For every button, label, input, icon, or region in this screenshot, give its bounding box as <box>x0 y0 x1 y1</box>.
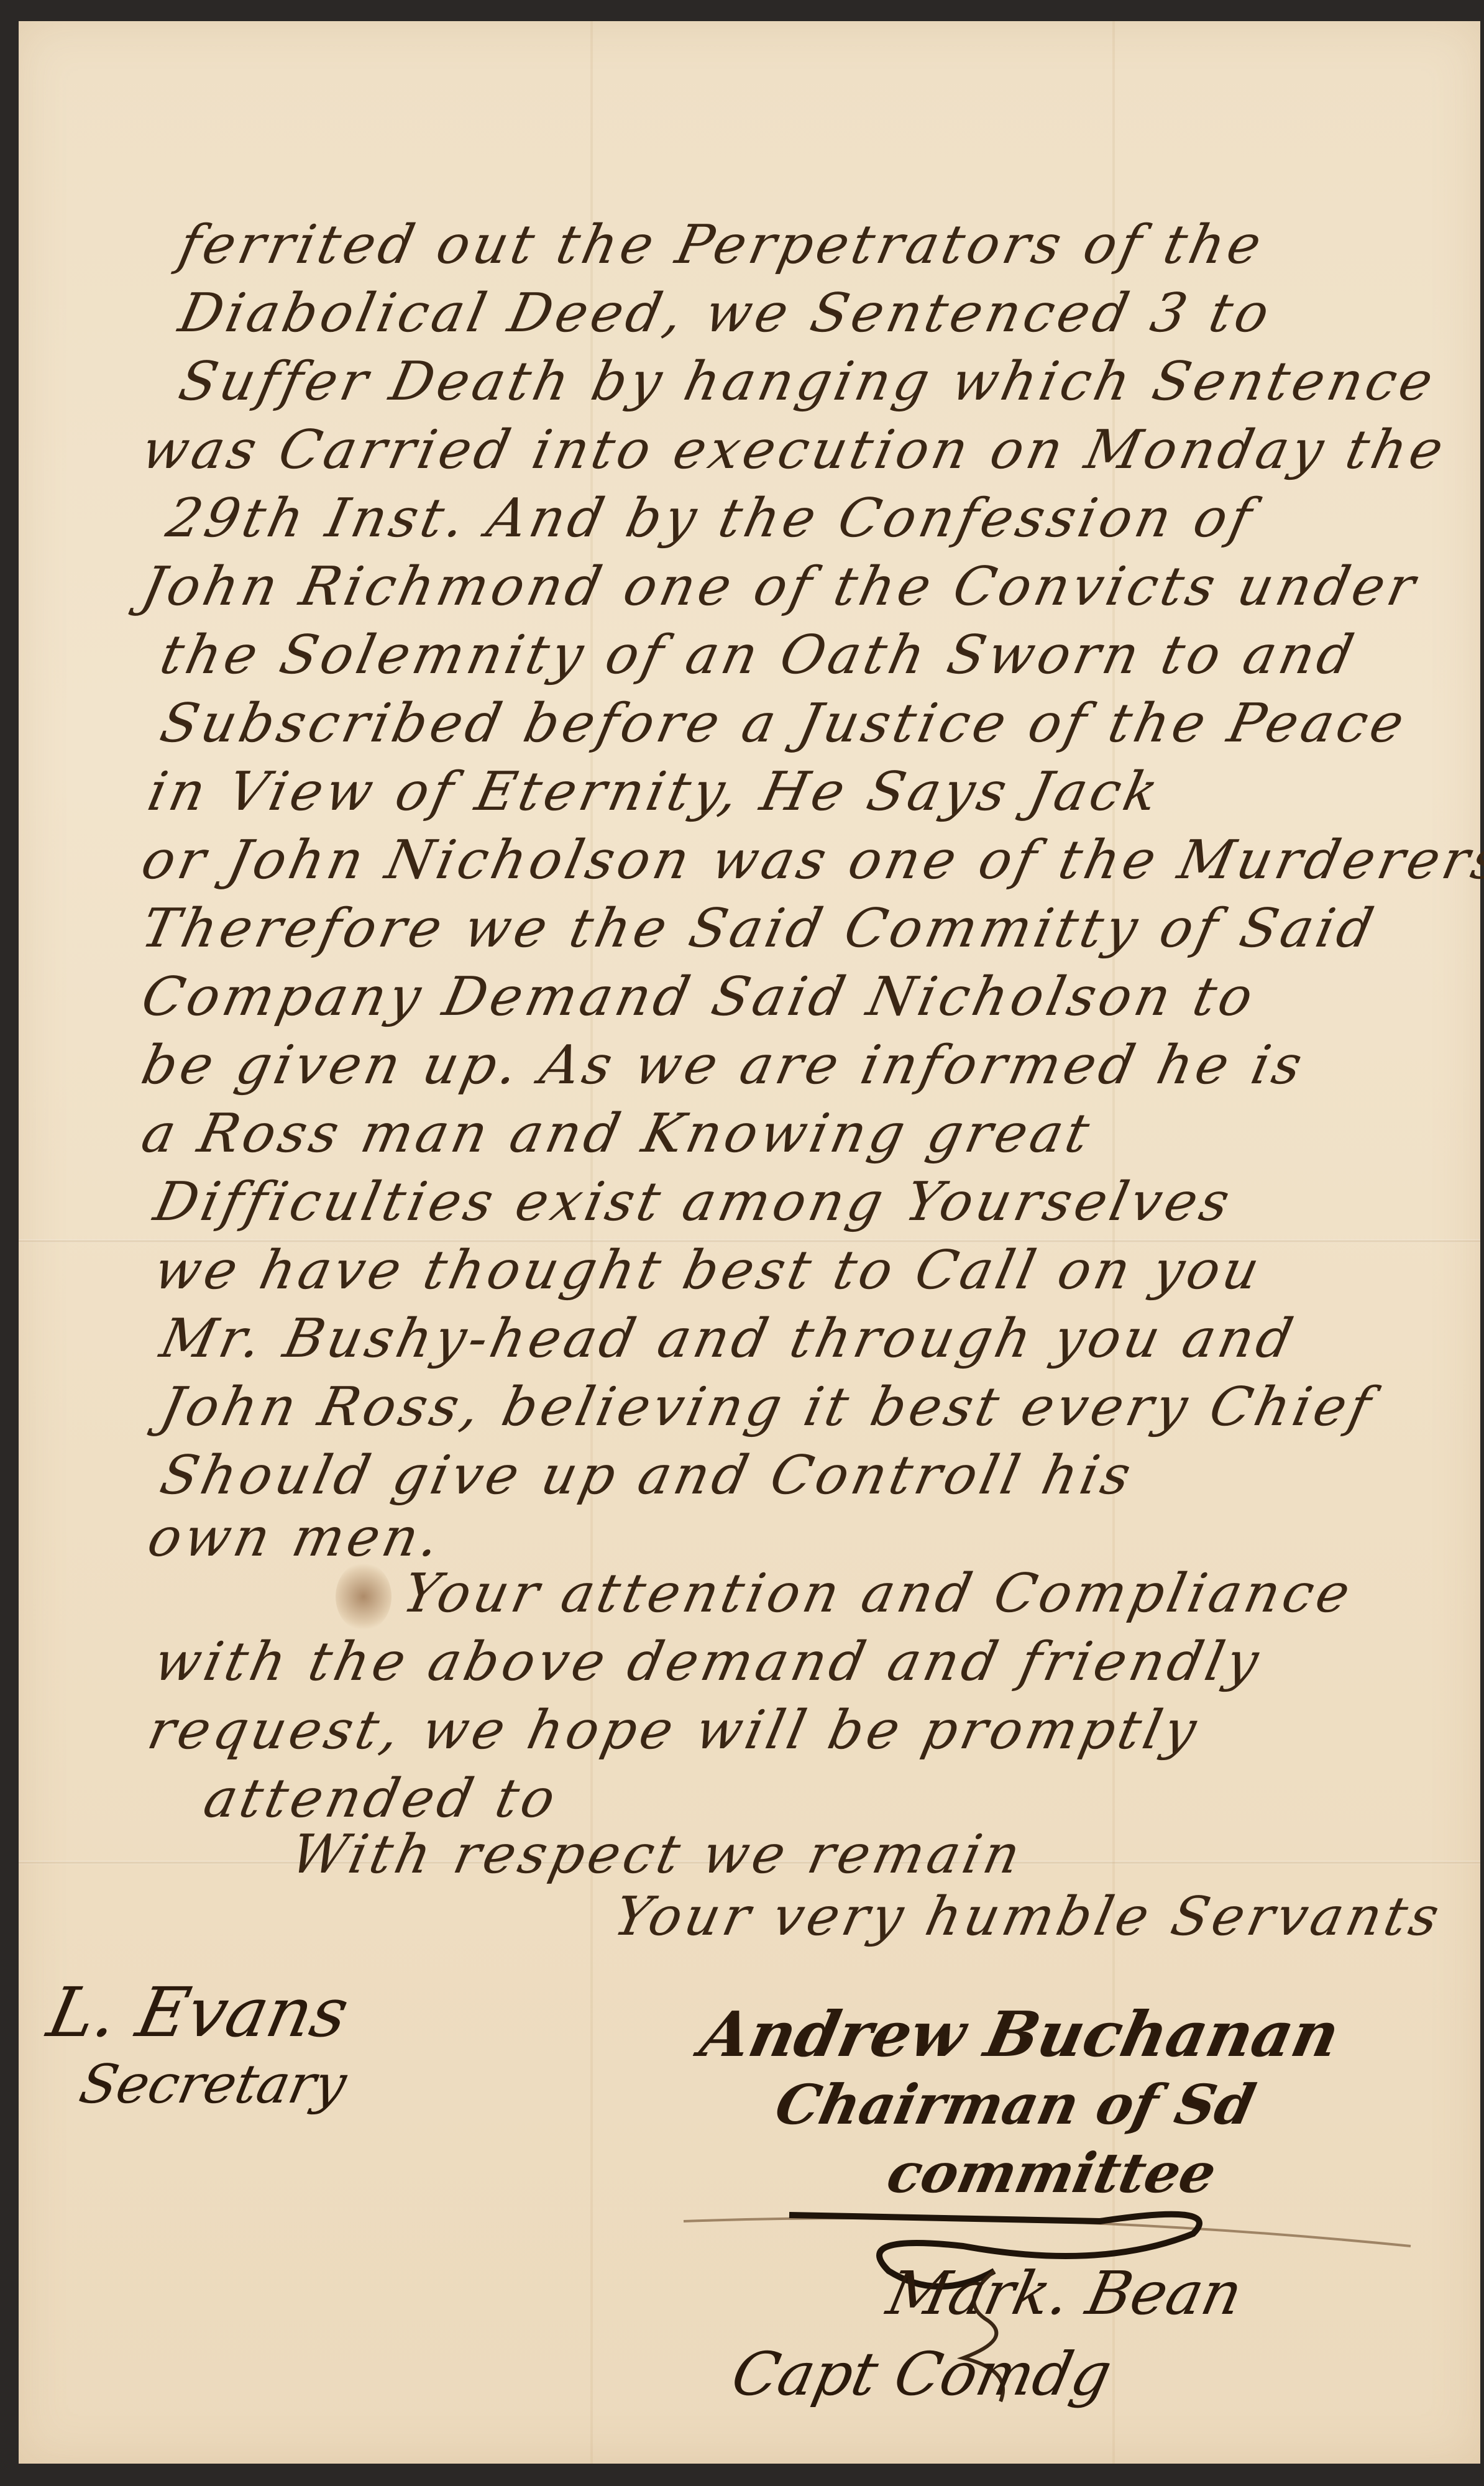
body-line: own men. <box>142 1507 449 1569</box>
body-line: was Carried into execution on Monday the <box>136 419 1452 481</box>
body-line: Subscribed before a Justice of the Peace <box>155 692 1413 755</box>
signature-name: L. Evans <box>41 1973 355 2052</box>
body-line: ferrited out the Perpetrators of the <box>173 214 1270 276</box>
signature-title: Secretary <box>74 2053 352 2116</box>
signature-title: Chairman of Sd <box>770 2072 1261 2137</box>
body-line: Diabolical Deed, we Sentenced 3 to <box>173 282 1278 344</box>
letter-page: ferrited out the Perpetrators of the Dia… <box>19 21 1480 2464</box>
signature-name: Mark. Bean <box>881 2259 1248 2328</box>
salutation-line: Your very humble Servants <box>608 1886 1448 1948</box>
signature-name: Andrew Buchanan <box>694 1998 1345 2071</box>
salutation-line: With respect we remain <box>285 1823 1029 1886</box>
body-line: Therefore we the Said Committy of Said <box>136 897 1382 960</box>
body-line: Suffer Death by hanging which Sentence <box>173 351 1442 413</box>
body-line: we have thought best to Call on you <box>149 1239 1268 1301</box>
body-line: Mr. Bushy-head and through you and <box>155 1308 1301 1370</box>
closing-line: Your attention and Compliance <box>397 1562 1358 1625</box>
body-line: Company Demand Said Nicholson to <box>136 966 1262 1028</box>
closing-line: with the above demand and friendly <box>149 1631 1267 1693</box>
body-line: the Solemnity of an Oath Sworn to and <box>155 624 1362 686</box>
signature-title: Capt Comdg <box>726 2339 1117 2409</box>
body-line: Difficulties exist among Yourselves <box>149 1171 1238 1233</box>
body-line: John Richmond one of the Convicts under <box>136 556 1424 618</box>
body-line: be given up. As we are informed he is <box>136 1034 1311 1096</box>
signature-title: committee <box>882 2140 1222 2205</box>
body-line: 29th Inst. And by the Confession of <box>161 487 1260 549</box>
ink-stain <box>336 1562 392 1631</box>
body-line: or John Nicholson was one of the Murdere… <box>136 829 1484 891</box>
body-line: Should give up and Controll his <box>155 1444 1140 1507</box>
body-line: in View of Eternity, He Says Jack <box>142 761 1167 823</box>
closing-line: attended to <box>198 1768 564 1830</box>
closing-line: request, we hope will be promptly <box>142 1699 1205 1761</box>
body-line: John Ross, believing it best every Chief <box>155 1376 1380 1438</box>
body-line: a Ross man and Knowing great <box>136 1103 1098 1165</box>
